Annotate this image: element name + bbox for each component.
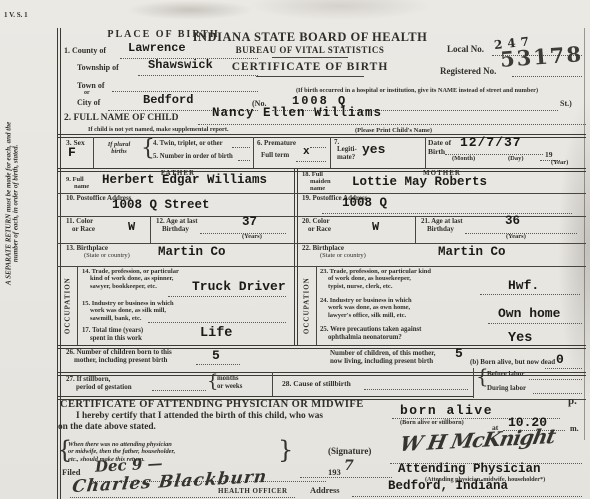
registered-number-stamp: 53178	[499, 43, 583, 71]
father-time-label: 17. Total time (years) spent in this wor…	[82, 327, 143, 343]
premature-dotted-line	[310, 145, 326, 148]
row3-divider-1	[93, 137, 94, 168]
full-term-value: x	[303, 147, 310, 159]
full-term-dotted-line	[296, 159, 326, 162]
mother-industry-label: 24. Industry or business in which work w…	[320, 297, 412, 319]
physician-signature: W H McKnight	[398, 426, 557, 455]
year-label: (Year)	[551, 160, 568, 167]
child-name-label: 2. FULL NAME OF CHILD	[64, 114, 178, 124]
mother-trade-dotted-line	[480, 292, 580, 295]
dob-value: 12/7/37	[460, 136, 522, 150]
during-labor-dotted-line	[533, 391, 582, 394]
father-birthplace-value: Martin Co	[158, 246, 226, 259]
row3-divider-2	[253, 137, 254, 168]
dob-label-line2: Birth	[428, 148, 445, 156]
premature-label: 6. Premature	[257, 140, 296, 147]
father-color-age-divider	[150, 216, 151, 243]
father-po-value: 1008 Q Street	[112, 199, 210, 212]
father-mother-divider	[294, 168, 298, 345]
child-sub-note: If child is not yet named, make suppleme…	[88, 127, 229, 134]
father-occupation-label: OCCUPATION	[64, 277, 71, 334]
address-dotted-line	[352, 494, 582, 497]
father-trade-label: 14. Trade, profession, or particular kin…	[82, 268, 179, 290]
row3-divider-4	[425, 137, 426, 168]
twin-dotted-line	[232, 145, 250, 148]
father-state-label: (State or country)	[84, 253, 130, 260]
children-born-value: 5	[212, 349, 220, 363]
day-label: (Day)	[508, 156, 524, 163]
cause-dotted-line	[364, 387, 468, 390]
mother-age-value: 36	[505, 215, 520, 228]
attending-physician-value: Attending Physician	[398, 463, 541, 476]
labor-cell-divider	[473, 368, 474, 398]
children-born-dotted-line	[196, 362, 240, 365]
township-label: Township of	[77, 64, 119, 72]
mother-po-value: 1008 Q	[342, 197, 387, 210]
address-value: Bedford, Indiana	[388, 480, 508, 493]
mother-name-label-line3: name	[310, 186, 325, 193]
during-labor-label: During labor	[487, 385, 526, 392]
or-label: or	[84, 90, 90, 96]
pm-m-label: m.	[570, 425, 579, 433]
mother-birthplace-value: Martin Co	[438, 246, 506, 259]
birth-certificate-document: 1 V. S. 1 A SEPARATE RETURN must be made…	[0, 0, 590, 499]
father-industry-dotted-line	[148, 320, 286, 323]
signature-label: (Signature)	[328, 447, 371, 456]
father-trade-dotted-line	[168, 294, 286, 297]
health-officer-dotted-line	[70, 495, 295, 498]
county-value: Lawrence	[128, 42, 186, 55]
margin-note-line2: number of each, in order of birth, state…	[13, 38, 20, 368]
cause-stillbirth-label: 28. Cause of stillbirth	[282, 380, 351, 388]
children-dead-value: 0	[556, 353, 564, 367]
months-label: months	[217, 375, 239, 382]
children-living-value: 5	[455, 347, 463, 361]
before-labor-dotted-line	[529, 377, 582, 380]
legitimate-label-line2: mate?	[337, 154, 355, 161]
attending-left-dotted-line	[300, 475, 392, 478]
mother-industry-value: Own home	[498, 307, 560, 321]
mother-age-label-line2: Birthday	[427, 226, 454, 233]
county-label: 1. County of	[64, 47, 106, 55]
certificate-body-line1: I hereby certify that I attended the bir…	[76, 412, 323, 422]
father-color-label-line2: or Race	[72, 226, 95, 233]
row27-divider	[272, 372, 273, 396]
father-color-value: W	[128, 221, 135, 234]
birth-order-dotted-line	[238, 158, 250, 161]
dob-label-line1: Date of	[428, 139, 451, 147]
certificate-body-line2: on the date above stated.	[58, 423, 156, 433]
children-dead-dotted-line	[545, 366, 582, 369]
birth-order-label: 5. Number in order of birth	[153, 153, 233, 160]
registered-no-dotted-line	[512, 74, 582, 77]
city-value: Bedford	[143, 94, 193, 107]
children-living-label: Number of children, of this mother, now …	[330, 349, 435, 366]
father-trade-value: Truck Driver	[192, 280, 286, 294]
mother-occupation-box: OCCUPATION	[299, 266, 317, 345]
address-label: Address	[310, 486, 340, 495]
children-born-label: 26. Number of children born to this moth…	[66, 348, 172, 365]
before-labor-label: Before labor	[487, 371, 524, 378]
father-time-value: Life	[200, 327, 232, 341]
health-officer-label: HEALTH OFFICER	[218, 488, 288, 495]
stillborn-label: 27. If stillborn, period of gestation	[66, 375, 132, 392]
father-name-value: Herbert Edgar Williams	[102, 174, 267, 187]
sex-value: F	[68, 146, 76, 160]
row3-divider-3	[330, 137, 331, 168]
father-name-label-line2: name	[74, 184, 89, 191]
full-term-label: Full term	[261, 152, 289, 159]
certificate-title-underline	[256, 76, 364, 77]
father-age-label-line2: Birthday	[162, 226, 189, 233]
filed-label: Filed	[62, 468, 80, 477]
mother-color-value: W	[372, 221, 379, 234]
mother-trade-value: Hwf.	[508, 279, 539, 293]
father-occupation-box: OCCUPATION	[59, 266, 78, 345]
form-corner-mark: 1 V. S. 1	[4, 12, 28, 19]
footer-note-right-brace: }	[278, 438, 293, 463]
township-dotted-line	[138, 73, 258, 76]
filed-year-handwritten: 7	[344, 459, 354, 474]
bureau-subtitle: BUREAU OF VITAL STATISTICS	[210, 46, 410, 55]
father-years-label: (Years)	[242, 234, 262, 241]
weeks-label: or weeks	[217, 383, 242, 390]
mother-industry-dotted-line	[488, 321, 582, 324]
born-alive-note: (Born alive or stillborn)	[400, 420, 464, 427]
mother-precaution-label: 25. Were precautions taken against ophth…	[320, 326, 421, 342]
child-name-dotted-line	[198, 122, 586, 125]
physician-certificate-title: CERTIFICATE OF ATTENDING PHYSICIAN OR MI…	[60, 399, 364, 410]
mother-name-value: Lottie May Roberts	[352, 176, 487, 189]
board-title: INDIANA STATE BOARD OF HEALTH	[185, 31, 435, 44]
township-value: Shawswick	[148, 59, 213, 72]
plural-births-label: If plural births	[96, 142, 142, 156]
stillborn-dotted-line	[152, 388, 206, 391]
bureau-underline	[272, 57, 348, 58]
mother-state-label: (State or country)	[320, 253, 366, 260]
rule-d	[57, 266, 586, 267]
mother-color-age-divider	[415, 216, 416, 243]
town-dotted-line	[112, 89, 258, 92]
local-no-label: Local No.	[447, 45, 484, 54]
street-suffix: St.)	[560, 100, 572, 108]
registered-no-label: Registered No.	[440, 67, 496, 76]
city-label: City of	[77, 99, 100, 107]
mother-years-label: (Years)	[506, 234, 526, 241]
town-label: Town of	[77, 82, 105, 90]
legitimate-value: yes	[362, 143, 385, 157]
mother-occupation-label: OCCUPATION	[304, 277, 311, 334]
twin-label: 4. Twin, triplet, or other	[153, 140, 223, 147]
father-age-value: 37	[242, 216, 257, 229]
month-label: (Month)	[452, 156, 475, 163]
mother-po-dotted-line	[322, 211, 572, 214]
mother-color-label-line2: or Race	[308, 226, 331, 233]
margin-note: A SEPARATE RETURN must be made for each,…	[6, 38, 21, 368]
certificate-title: CERTIFICATE OF BIRTH	[210, 61, 410, 73]
child-name-value: Nancy Ellen Williams	[212, 107, 382, 120]
pm-p-label: p.	[568, 396, 577, 408]
mother-trade-label: 23. Trade, profession, or particular kin…	[320, 268, 431, 290]
